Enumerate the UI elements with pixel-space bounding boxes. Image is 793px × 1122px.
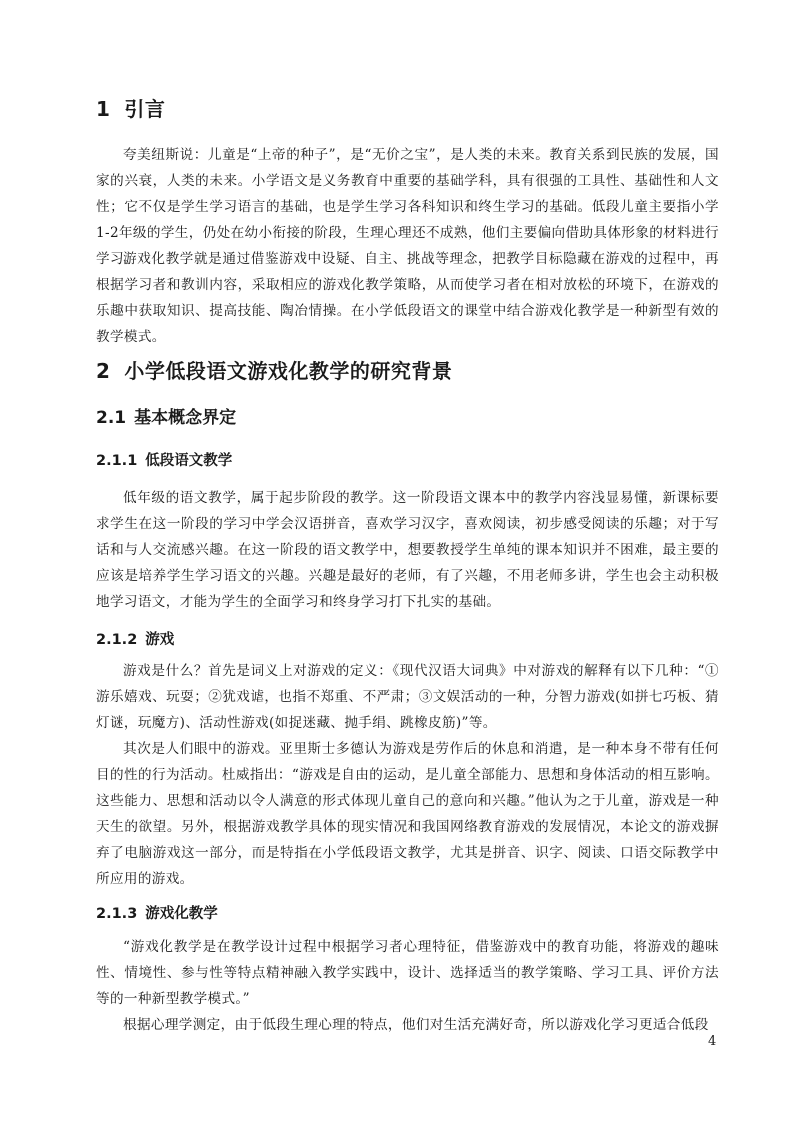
heading-section-2-1-2: 2.1.2游戏 bbox=[96, 628, 174, 649]
heading-number: 2.1.3 bbox=[96, 906, 137, 922]
heading-number: 2.1.2 bbox=[96, 632, 137, 648]
heading-title: 游戏化教学 bbox=[145, 906, 218, 922]
heading-title: 引言 bbox=[124, 97, 165, 121]
quoted-definition-paragraph: “游戏化教学是在教学设计过程中根据学习者心理特征，借鉴游戏中的教育功能，将游戏的… bbox=[96, 934, 719, 1012]
heading-number: 1 bbox=[96, 97, 110, 121]
heading-title: 小学低段语文游戏化教学的研究背景 bbox=[124, 359, 452, 383]
heading-number: 2 bbox=[96, 359, 110, 383]
paragraph: 低年级的语文教学，属于起步阶段的教学。这一阶段语文课本中的教学内容浅显易懂，新课… bbox=[96, 485, 719, 615]
page-number: 4 bbox=[708, 1034, 716, 1049]
heading-section-2-1: 2.1基本概念界定 bbox=[96, 403, 236, 428]
paragraph: 其次是人们眼中的游戏。亚里斯士多德认为游戏是劳作后的休息和消遣，是一种本身不带有… bbox=[96, 736, 719, 892]
heading-section-2-1-3: 2.1.3游戏化教学 bbox=[96, 902, 218, 923]
heading-title: 低段语文教学 bbox=[145, 453, 232, 469]
paragraph: 游戏化教学就是通过借鉴游戏中设疑、自主、挑战等理念，把教学目标隐藏在游戏的过程中… bbox=[96, 246, 719, 350]
paragraph: 游戏是什么？首先是词义上对游戏的定义：《现代汉语大词典》中对游戏的解释有以下几种… bbox=[96, 658, 719, 736]
heading-number: 2.1 bbox=[96, 408, 126, 428]
heading-section-2-1-1: 2.1.1低段语文教学 bbox=[96, 449, 232, 470]
heading-section-1: 1引言 bbox=[96, 93, 165, 122]
heading-number: 2.1.1 bbox=[96, 453, 137, 469]
paragraph: 根据心理学测定，由于低段生理心理的特点，他们对生活充满好奇，所以游戏化学习更适合… bbox=[96, 1012, 719, 1038]
heading-title: 游戏 bbox=[145, 632, 174, 648]
heading-section-2: 2小学低段语文游戏化教学的研究背景 bbox=[96, 355, 452, 384]
heading-title: 基本概念界定 bbox=[134, 408, 236, 428]
